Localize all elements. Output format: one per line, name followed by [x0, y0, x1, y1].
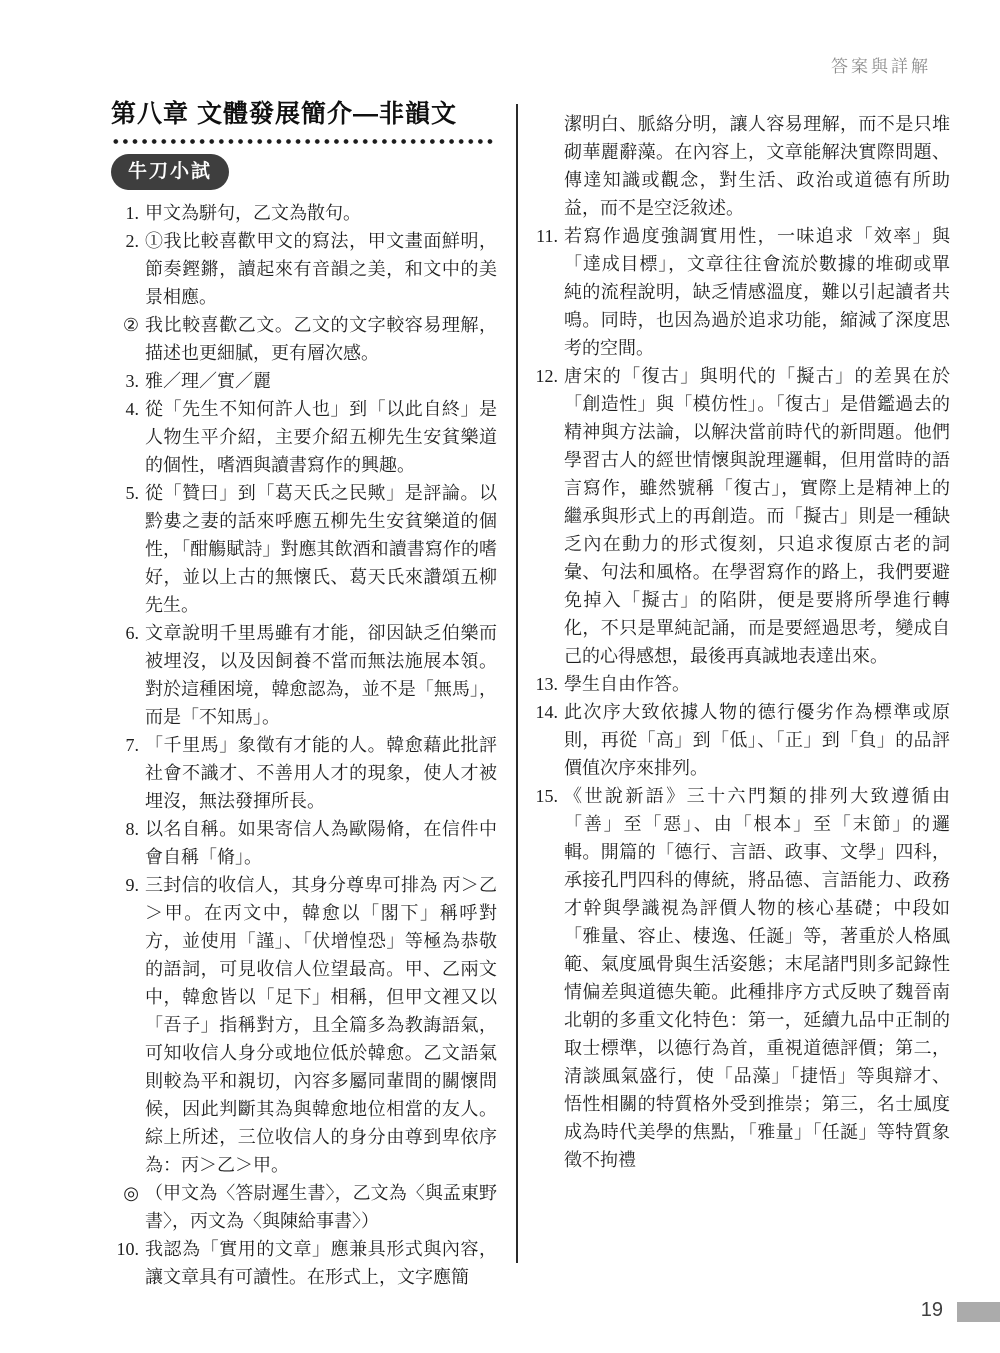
answer-item: 11.若寫作過度強調實用性，一味追求「效率」與「達成目標」，文章往往會流於數據的…	[530, 222, 950, 362]
answer-item: 1.甲文為駢句，乙文為散句。	[111, 199, 497, 227]
answer-item-number: 14.	[530, 698, 558, 782]
answer-item-text: 潔明白、脈絡分明，讓人容易理解，而不是只堆砌華麗辭藻。在內容上，文章能解決實際問…	[564, 110, 950, 222]
answer-list-right: 潔明白、脈絡分明，讓人容易理解，而不是只堆砌華麗辭藻。在內容上，文章能解決實際問…	[530, 110, 950, 1174]
answer-item: 10.我認為「實用的文章」應兼具形式與內容，讓文章具有可讀性。在形式上，文字應簡	[111, 1235, 497, 1291]
answer-item-number	[530, 110, 558, 222]
textbook-page: 答案與詳解 第八章 文體發展簡介—非韻文 牛刀小試 1.甲文為駢句，乙文為散句。…	[0, 0, 1000, 1353]
answer-item-text: 甲文為駢句，乙文為散句。	[145, 199, 497, 227]
answer-item-number: 9.	[111, 871, 139, 1179]
answer-item: 5.從「贊曰」到「葛天氏之民歟」是評論。以黔婁之妻的話來呼應五柳先生安貧樂道的個…	[111, 479, 497, 619]
answer-item-number: ◎	[111, 1179, 139, 1235]
answer-item: 潔明白、脈絡分明，讓人容易理解，而不是只堆砌華麗辭藻。在內容上，文章能解決實際問…	[530, 110, 950, 222]
answer-item-text: 「千里馬」象徵有才能的人。韓愈藉此批評社會不識才、不善用人才的現象，使人才被埋沒…	[145, 731, 497, 815]
answer-item-text: 此次序大致依據人物的德行優劣作為標準或原則，再從「高」到「低」、「正」到「負」的…	[564, 698, 950, 782]
answer-item-text: 文章說明千里馬雖有才能，卻因缺乏伯樂而被埋沒，以及因飼養不當而無法施展本領。對於…	[145, 619, 497, 731]
answer-item-number: 11.	[530, 222, 558, 362]
answer-item-text: 學生自由作答。	[564, 670, 950, 698]
answer-item-number: 2.	[111, 227, 139, 311]
answer-item-number: 4.	[111, 395, 139, 479]
answer-item-number: 10.	[111, 1235, 139, 1291]
answer-item: ◎（甲文為〈答尉遲生書〉，乙文為〈與孟東野書〉，丙文為〈與陳給事書〉）	[111, 1179, 497, 1235]
answer-item-number: ②	[111, 311, 139, 367]
answer-item: 2.①我比較喜歡甲文的寫法，甲文畫面鮮明，節奏鏗鏘，讀起來有音韻之美，和文中的美…	[111, 227, 497, 311]
answer-item-text: ①我比較喜歡甲文的寫法，甲文畫面鮮明，節奏鏗鏘，讀起來有音韻之美，和文中的美景相…	[145, 227, 497, 311]
answer-item-text: 《世說新語》三十六門類的排列大致遵循由「善」至「惡」、由「根本」至「末節」的邏輯…	[564, 782, 950, 1174]
dotted-rule	[111, 139, 497, 144]
answer-item: 4.從「先生不知何許人也」到「以此自終」是人物生平介紹，主要介紹五柳先生安貧樂道…	[111, 395, 497, 479]
answer-item-text: 我比較喜歡乙文。乙文的文字較容易理解，描述也更細膩，更有層次感。	[145, 311, 497, 367]
answer-item-number: 1.	[111, 199, 139, 227]
chapter-title: 第八章 文體發展簡介—非韻文	[111, 97, 497, 131]
answer-item-number: 3.	[111, 367, 139, 395]
answer-item-number: 15.	[530, 782, 558, 1174]
answer-item: 3.雅／理／實／麗	[111, 367, 497, 395]
answer-item: 7.「千里馬」象徵有才能的人。韓愈藉此批評社會不識才、不善用人才的現象，使人才被…	[111, 731, 497, 815]
left-column: 第八章 文體發展簡介—非韻文 牛刀小試 1.甲文為駢句，乙文為散句。2.①我比較…	[111, 97, 497, 1291]
answer-item-number: 8.	[111, 815, 139, 871]
answer-item-number: 12.	[530, 362, 558, 670]
answer-item-number: 5.	[111, 479, 139, 619]
page-number: 19	[905, 1299, 943, 1322]
page-header-label: 答案與詳解	[831, 52, 931, 77]
answer-list-left: 1.甲文為駢句，乙文為散句。2.①我比較喜歡甲文的寫法，甲文畫面鮮明，節奏鏗鏘，…	[111, 199, 497, 1291]
answer-item-text: 三封信的收信人，其身分尊卑可排為 丙＞乙＞甲。在丙文中，韓愈以「閣下」稱呼對方，…	[145, 871, 497, 1179]
answer-item-number: 13.	[530, 670, 558, 698]
answer-item-text: 我認為「實用的文章」應兼具形式與內容，讓文章具有可讀性。在形式上，文字應簡	[145, 1235, 497, 1291]
column-divider	[516, 104, 518, 1263]
answer-item-text: 以名自稱。如果寄信人為歐陽脩，在信件中會自稱「脩」。	[145, 815, 497, 871]
answer-item-number: 6.	[111, 619, 139, 731]
answer-item: 13.學生自由作答。	[530, 670, 950, 698]
answer-item: 8.以名自稱。如果寄信人為歐陽脩，在信件中會自稱「脩」。	[111, 815, 497, 871]
answer-item-number: 7.	[111, 731, 139, 815]
answer-item-text: 雅／理／實／麗	[145, 367, 497, 395]
answer-item: 15.《世說新語》三十六門類的排列大致遵循由「善」至「惡」、由「根本」至「末節」…	[530, 782, 950, 1174]
answer-item-text: 唐宋的「復古」與明代的「擬古」的差異在於「創造性」與「模仿性」。「復古」是借鑑過…	[564, 362, 950, 670]
right-column: 潔明白、脈絡分明，讓人容易理解，而不是只堆砌華麗辭藻。在內容上，文章能解決實際問…	[530, 101, 950, 1174]
answer-item: 14.此次序大致依據人物的德行優劣作為標準或原則，再從「高」到「低」、「正」到「…	[530, 698, 950, 782]
answer-item-text: 若寫作過度強調實用性，一味追求「效率」與「達成目標」，文章往往會流於數據的堆砌或…	[564, 222, 950, 362]
answer-item: 6.文章說明千里馬雖有才能，卻因缺乏伯樂而被埋沒，以及因飼養不當而無法施展本領。…	[111, 619, 497, 731]
answer-item: ②我比較喜歡乙文。乙文的文字較容易理解，描述也更細膩，更有層次感。	[111, 311, 497, 367]
answer-item: 12.唐宋的「復古」與明代的「擬古」的差異在於「創造性」與「模仿性」。「復古」是…	[530, 362, 950, 670]
answer-item-text: 從「贊曰」到「葛天氏之民歟」是評論。以黔婁之妻的話來呼應五柳先生安貧樂道的個性，…	[145, 479, 497, 619]
section-badge: 牛刀小試	[111, 154, 229, 190]
answer-item-text: 從「先生不知何許人也」到「以此自終」是人物生平介紹，主要介紹五柳先生安貧樂道的個…	[145, 395, 497, 479]
answer-item-text: （甲文為〈答尉遲生書〉，乙文為〈與孟東野書〉，丙文為〈與陳給事書〉）	[145, 1179, 497, 1235]
answer-item: 9.三封信的收信人，其身分尊卑可排為 丙＞乙＞甲。在丙文中，韓愈以「閣下」稱呼對…	[111, 871, 497, 1179]
footer-bar	[957, 1302, 1000, 1322]
